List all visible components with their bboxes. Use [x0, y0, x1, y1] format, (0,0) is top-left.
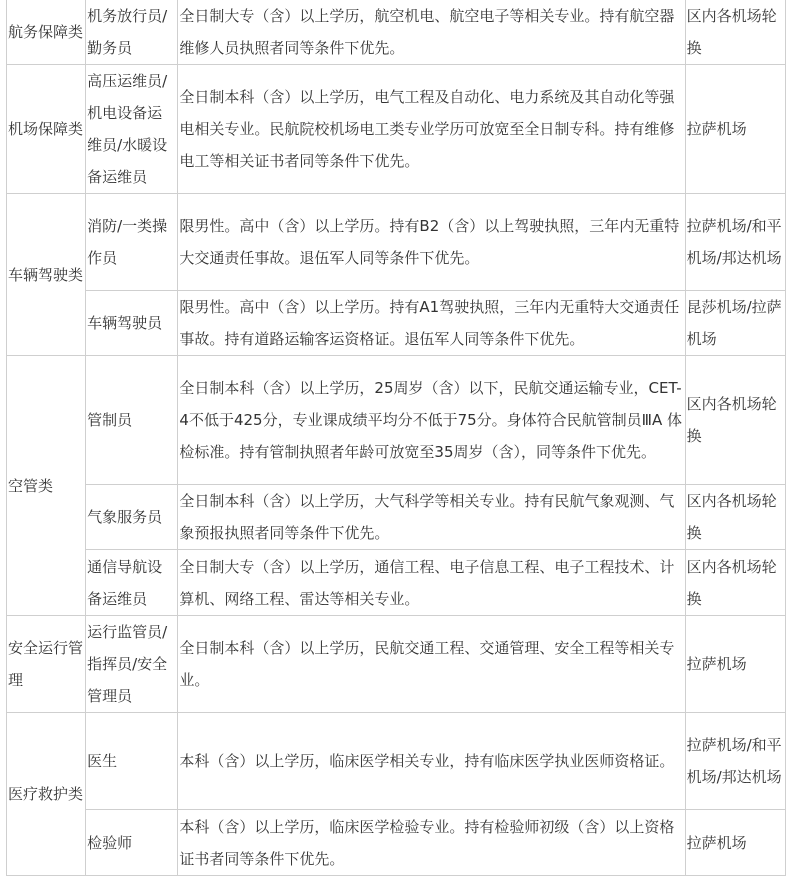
- table-row: 机场保障类 高压运维员/机电设备运维员/水暖设备运维员 全日制本科（含）以上学历…: [7, 65, 786, 194]
- table-row: 医疗救护类 医生 本科（含）以上学历，临床医学相关专业，持有临床医学执业医师资格…: [7, 713, 786, 810]
- position-cell: 高压运维员/机电设备运维员/水暖设备运维员: [86, 65, 178, 194]
- position-cell: 运行监管员/指挥员/安全管理员: [86, 616, 178, 713]
- location-cell: 区内各机场轮换: [685, 356, 785, 485]
- location-cell: 昆莎机场/拉萨机场: [685, 291, 785, 356]
- requirement-cell: 全日制本科（含）以上学历，大气科学等相关专业。持有民航气象观测、气象预报执照者同…: [178, 485, 685, 550]
- requirement-cell: 全日制本科（含）以上学历，民航交通工程、交通管理、安全工程等相关专业。: [178, 616, 685, 713]
- requirement-cell: 全日制本科（含）以上学历，电气工程及自动化、电力系统及其自动化等强电相关专业。民…: [178, 65, 685, 194]
- requirement-cell: 全日制本科（含）以上学历，25周岁（含）以下，民航交通运输专业，CET-4不低于…: [178, 356, 685, 485]
- requirement-cell: 限男性。高中（含）以上学历。持有B2（含）以上驾驶执照，三年内无重特大交通责任事…: [178, 194, 685, 291]
- recruitment-table: 航务保障类 机务放行员/勤务员 全日制大专（含）以上学历，航空机电、航空电子等相…: [6, 0, 786, 876]
- position-cell: 气象服务员: [86, 485, 178, 550]
- requirement-cell: 全日制大专（含）以上学历，航空机电、航空电子等相关专业。持有航空器维修人员执照者…: [178, 0, 685, 65]
- location-cell: 拉萨机场/和平机场/邦达机场: [685, 713, 785, 810]
- location-cell: 拉萨机场: [685, 810, 785, 876]
- category-cell: 安全运行管理: [7, 616, 86, 713]
- position-cell: 车辆驾驶员: [86, 291, 178, 356]
- table-row: 空管类 管制员 全日制本科（含）以上学历，25周岁（含）以下，民航交通运输专业，…: [7, 356, 786, 485]
- position-cell: 机务放行员/勤务员: [86, 0, 178, 65]
- requirement-cell: 限男性。高中（含）以上学历。持有A1驾驶执照，三年内无重特大交通责任事故。持有道…: [178, 291, 685, 356]
- position-cell: 消防/一类操作员: [86, 194, 178, 291]
- position-cell: 管制员: [86, 356, 178, 485]
- category-cell: 空管类: [7, 356, 86, 616]
- table-row: 航务保障类 机务放行员/勤务员 全日制大专（含）以上学历，航空机电、航空电子等相…: [7, 0, 786, 65]
- table-row: 通信导航设备运维员 全日制大专（含）以上学历，通信工程、电子信息工程、电子工程技…: [7, 550, 786, 616]
- table-row: 安全运行管理 运行监管员/指挥员/安全管理员 全日制本科（含）以上学历，民航交通…: [7, 616, 786, 713]
- category-cell: 机场保障类: [7, 65, 86, 194]
- requirement-cell: 全日制大专（含）以上学历，通信工程、电子信息工程、电子工程技术、计算机、网络工程…: [178, 550, 685, 616]
- position-cell: 通信导航设备运维员: [86, 550, 178, 616]
- location-cell: 区内各机场轮换: [685, 0, 785, 65]
- location-cell: 拉萨机场/和平机场/邦达机场: [685, 194, 785, 291]
- table-row: 气象服务员 全日制本科（含）以上学历，大气科学等相关专业。持有民航气象观测、气象…: [7, 485, 786, 550]
- requirement-cell: 本科（含）以上学历，临床医学相关专业，持有临床医学执业医师资格证。: [178, 713, 685, 810]
- requirement-cell: 本科（含）以上学历，临床医学检验专业。持有检验师初级（含）以上资格证书者同等条件…: [178, 810, 685, 876]
- position-cell: 检验师: [86, 810, 178, 876]
- category-cell: 医疗救护类: [7, 713, 86, 876]
- location-cell: 拉萨机场: [685, 616, 785, 713]
- category-cell: 航务保障类: [7, 0, 86, 65]
- category-cell: 车辆驾驶类: [7, 194, 86, 356]
- table-row: 车辆驾驶类 消防/一类操作员 限男性。高中（含）以上学历。持有B2（含）以上驾驶…: [7, 194, 786, 291]
- location-cell: 区内各机场轮换: [685, 485, 785, 550]
- location-cell: 拉萨机场: [685, 65, 785, 194]
- table-row: 检验师 本科（含）以上学历，临床医学检验专业。持有检验师初级（含）以上资格证书者…: [7, 810, 786, 876]
- location-cell: 区内各机场轮换: [685, 550, 785, 616]
- position-cell: 医生: [86, 713, 178, 810]
- table-row: 车辆驾驶员 限男性。高中（含）以上学历。持有A1驾驶执照，三年内无重特大交通责任…: [7, 291, 786, 356]
